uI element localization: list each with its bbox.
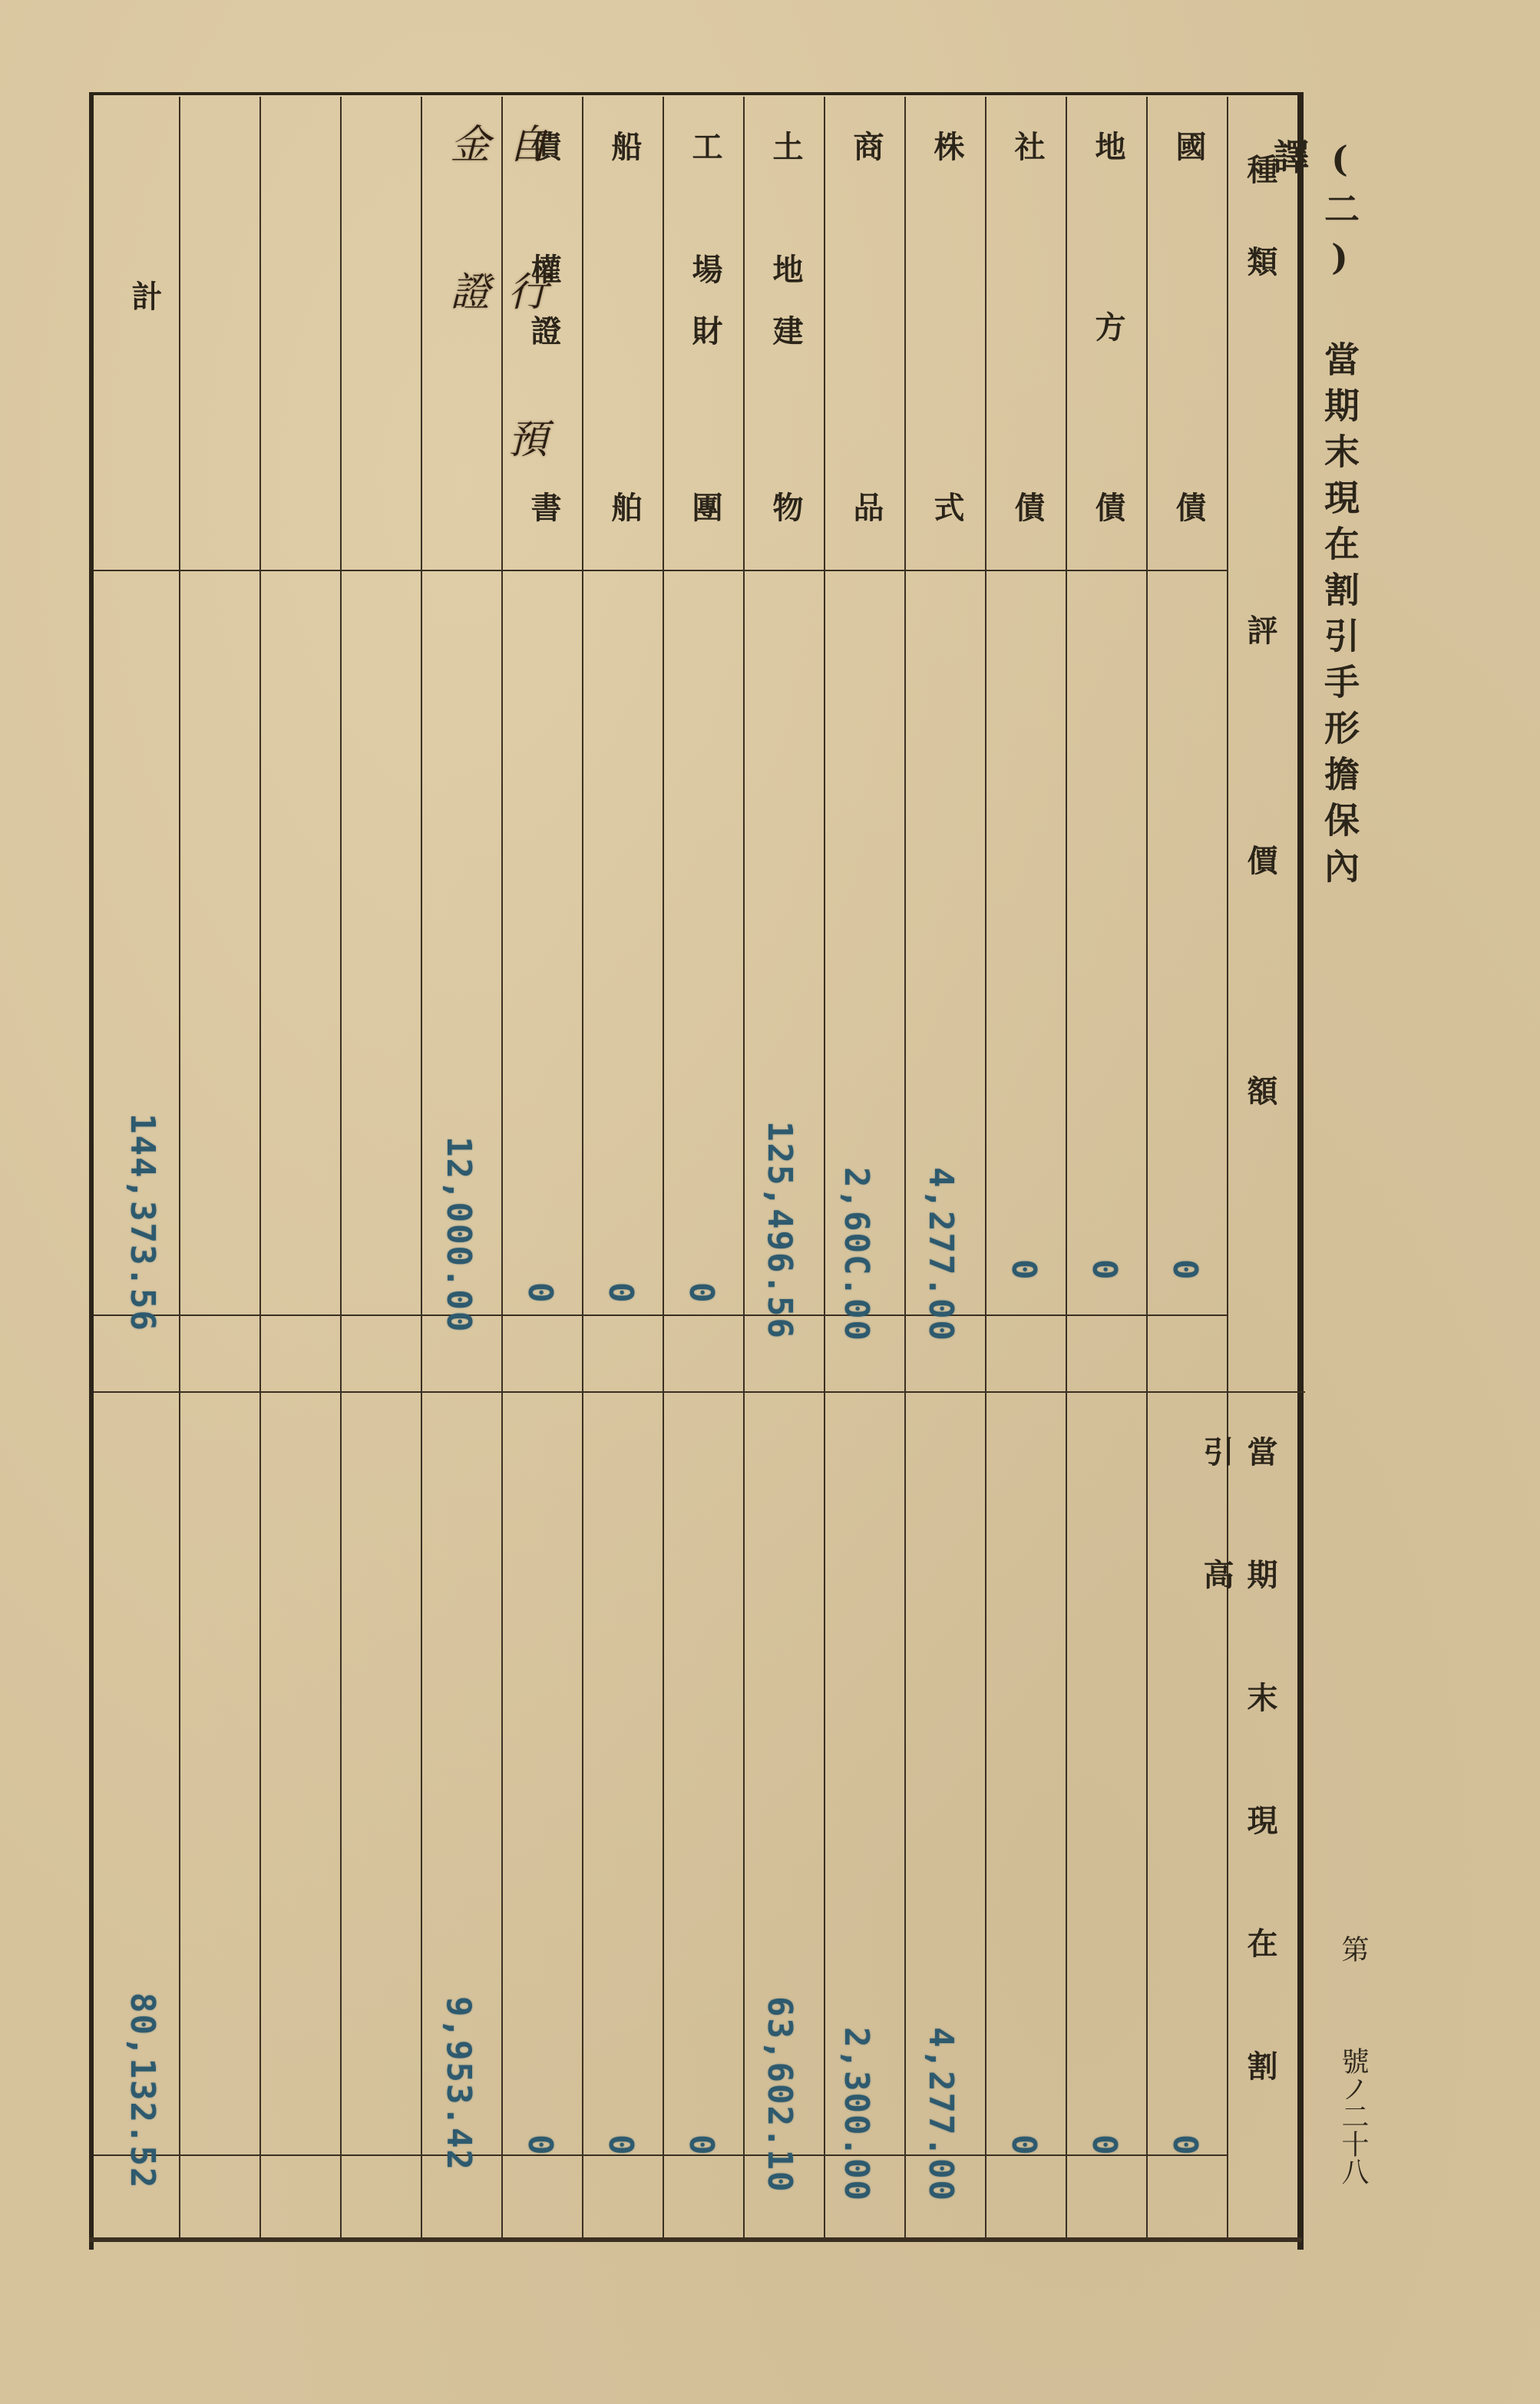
row-discount: 0 (1165, 2135, 1205, 2157)
row-total-discount: 80,132.52 (123, 1992, 162, 2189)
row-type-mid: 方 (1086, 311, 1130, 342)
row-valuation: 12,000.00 (439, 1136, 478, 1333)
row-type-top: 社 (1006, 131, 1049, 161)
column-divider-type (94, 570, 1227, 571)
table-border-top (1297, 92, 1304, 2250)
row-divider (421, 97, 422, 2237)
table-border-left (89, 92, 1302, 95)
header-discount: 當 期 末 現 在 割 引 高 (1244, 1436, 1282, 2219)
row-divider (1146, 97, 1148, 2237)
column-divider-discount-cents (94, 2154, 1227, 2156)
row-type-top: 商 (844, 131, 888, 161)
row-divider (743, 97, 745, 2237)
page-number-prefix: 第 (1337, 1935, 1369, 1963)
row-divider (1066, 97, 1067, 2237)
row-divider (904, 97, 906, 2237)
row-type-bottom: 物 (764, 491, 808, 522)
header-type: 種 類 (1244, 154, 1282, 553)
row-divider (340, 97, 342, 2237)
row-divider (824, 97, 825, 2237)
row-type-top: 地 (1086, 131, 1130, 161)
row-discount: 4,277.00 (921, 2027, 960, 2202)
row-type-top: 船 (603, 131, 646, 161)
row-valuation: 0 (1004, 1259, 1043, 1281)
row-type-mid: 場 財 (683, 253, 727, 346)
row-valuation: 2,60C.00 (837, 1167, 876, 1342)
row-valuation: 0 (601, 1282, 640, 1305)
row-type-handwritten: 自 行 預 金 證 (438, 123, 553, 568)
row-type-bottom: 債 (1167, 491, 1211, 522)
row-valuation: 4,277.00 (921, 1167, 960, 1342)
row-total-valuation: 144,373.56 (123, 1113, 162, 1332)
row-divider (985, 97, 986, 2237)
row-valuation: 0 (682, 1282, 721, 1305)
row-valuation: 0 (1085, 1259, 1124, 1281)
row-type-bottom: 債 (1086, 491, 1130, 522)
column-divider-valuation-cents (94, 1314, 1227, 1316)
row-discount: 2,300.00 (837, 2027, 876, 2202)
header-divider (1227, 97, 1228, 2237)
row-type-bottom: 品 (844, 491, 888, 522)
row-type-bottom: 式 (925, 491, 969, 522)
column-divider-valuation (94, 1391, 1305, 1393)
row-type-mid: 地 建 (764, 253, 808, 346)
page-number-suffix: 號ノ二十八 (1337, 2047, 1369, 2185)
row-type-top: 工 (683, 131, 727, 161)
row-discount: 0 (601, 2135, 640, 2157)
page-number-label: 第號ノ二十八 (1334, 1935, 1373, 2242)
row-discount: 0 (1085, 2135, 1124, 2157)
table-border-right (89, 2237, 1302, 2242)
row-type-top: 株 (925, 131, 969, 161)
row-type-bottom: 債 (1006, 491, 1049, 522)
row-discount: 9,953.42 (439, 1996, 478, 2171)
row-total-label: 計 (123, 280, 167, 311)
table-border-bottom (89, 92, 94, 2250)
row-divider (582, 97, 583, 2237)
row-valuation: 0 (520, 1282, 560, 1305)
row-divider (179, 97, 180, 2237)
row-type-top: 國 (1167, 131, 1211, 161)
row-discount: 0 (682, 2135, 721, 2157)
row-valuation: 125,496.56 (760, 1121, 799, 1340)
row-divider (259, 97, 261, 2237)
row-discount: 0 (520, 2135, 560, 2157)
row-type-bottom: 舶 (603, 491, 646, 522)
row-type-bottom: 團 (683, 491, 727, 522)
row-divider (663, 97, 664, 2237)
header-valuation: 評 價 額 (1244, 614, 1282, 1305)
row-discount: 63,602.10 (760, 1996, 799, 2193)
row-valuation: 0 (1165, 1259, 1205, 1281)
row-type-top: 土 (764, 131, 808, 161)
document-title: (二) 當期末現在割引手形擔保內譯 (1319, 138, 1365, 906)
row-discount: 0 (1004, 2135, 1043, 2157)
